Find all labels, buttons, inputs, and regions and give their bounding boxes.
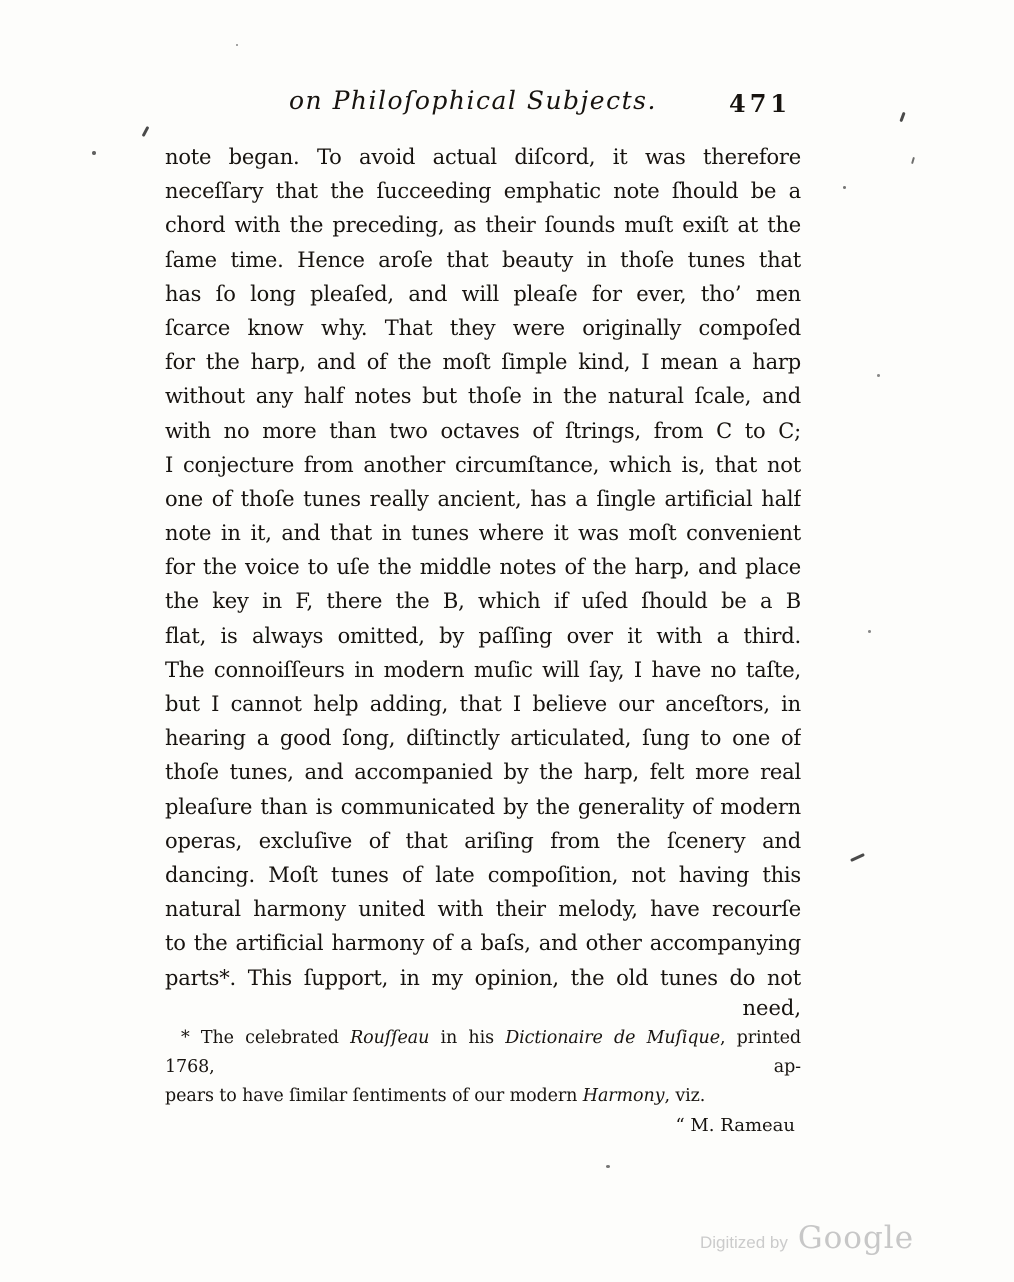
text-line: note began. To avoid actual diſcord, it … <box>165 140 801 174</box>
scan-speck <box>877 374 880 377</box>
text-line: ſame time. Hence aroſe that beauty in th… <box>165 243 801 277</box>
text-line: ſcarce know why. That they were original… <box>165 311 801 345</box>
footnote-text: in his <box>429 1028 505 1048</box>
google-logo: Google <box>798 1220 914 1256</box>
text-line: the key in F, there the B, which if uſed… <box>165 584 801 618</box>
body-text: note began. To avoid actual diſcord, it … <box>165 140 801 995</box>
scan-speck <box>911 157 915 164</box>
text-line: without any half notes but thoſe in the … <box>165 379 801 413</box>
text-line: to the artificial harmony of a baſs, and… <box>165 926 801 960</box>
text-line: neceſſary that the ſucceeding emphatic n… <box>165 174 801 208</box>
footnote-attribution: “ M. Rameau <box>165 1111 801 1141</box>
scan-speck <box>850 853 865 862</box>
text-line: note in it, and that in tunes where it w… <box>165 516 801 550</box>
text-line: hearing a good ſong, diſtinctly articula… <box>165 721 801 755</box>
watermark: Digitized by Google <box>700 1220 914 1256</box>
text-line: for the voice to uſe the middle notes of… <box>165 550 801 584</box>
scan-speck <box>606 1165 610 1168</box>
footnote-line-2: pears to have ſimilar ſentiments of our … <box>165 1082 801 1111</box>
running-title: on Philoſophical Subjects. <box>289 86 657 115</box>
text-line: with no more than two octaves of ſtrings… <box>165 414 801 448</box>
text-line: has ſo long pleaſed, and will pleaſe for… <box>165 277 801 311</box>
text-line: natural harmony united with their melody… <box>165 892 801 926</box>
text-line: The connoiſſeurs in modern muſic will ſa… <box>165 653 801 687</box>
footnote-italic-text: Dictionaire de Muſique <box>505 1028 720 1048</box>
text-line: flat, is always omitted, by paſſing over… <box>165 619 801 653</box>
text-line: thoſe tunes, and accompanied by the harp… <box>165 755 801 789</box>
scan-speck <box>236 44 238 46</box>
footnote-text: , viz. <box>664 1086 705 1106</box>
page-number: 471 <box>729 89 791 118</box>
footnote-line-1: * The celebrated Rouſſeau in his Diction… <box>165 1024 801 1082</box>
scan-speck <box>142 126 150 137</box>
text-line: for the harp, and of the moſt ſimple kin… <box>165 345 801 379</box>
text-line: pleaſure than is communicated by the gen… <box>165 790 801 824</box>
footnote-text: pears to have ſimilar ſentiments of our … <box>165 1086 583 1106</box>
text-line: dancing. Moſt tunes of late compoſition,… <box>165 858 801 892</box>
text-line: chord with the preceding, as their ſound… <box>165 208 801 242</box>
text-line: but I cannot help adding, that I believe… <box>165 687 801 721</box>
book-page: on Philoſophical Subjects. 471 note bega… <box>0 0 1014 1282</box>
scan-speck <box>843 186 846 189</box>
scan-speck <box>92 151 96 155</box>
text-line: I conjecture from another circumſtance, … <box>165 448 801 482</box>
footnote-italic-text: Harmony <box>583 1086 665 1106</box>
text-line: operas, excluſive of that ariſing from t… <box>165 824 801 858</box>
text-line: one of thoſe tunes really ancient, has a… <box>165 482 801 516</box>
scan-speck <box>899 112 905 122</box>
digitized-by-label: Digitized by <box>700 1233 788 1253</box>
text-line: parts*. This ſupport, in my opinion, the… <box>165 961 801 995</box>
footnote-text: * The celebrated <box>181 1028 350 1048</box>
scan-speck <box>868 630 871 633</box>
catchword: need, <box>165 993 801 1023</box>
footnote: * The celebrated Rouſſeau in his Diction… <box>165 1024 801 1141</box>
footnote-italic-text: Rouſſeau <box>350 1028 429 1048</box>
